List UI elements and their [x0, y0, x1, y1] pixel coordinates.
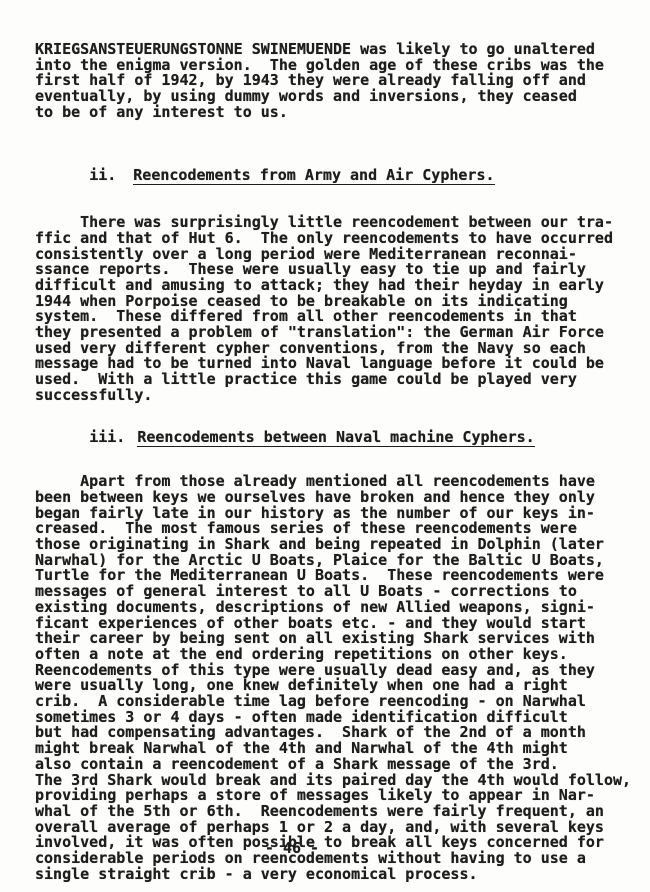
section-ii-heading: ii.Reencodements from Army and Air Cyphe…	[35, 153, 642, 202]
intro-paragraph: KRIEGSANSTEUERUNGSTONNE SWINEMUENDE was …	[35, 42, 642, 121]
page-number: - 46 -	[0, 841, 617, 857]
section-iii-number: iii.	[89, 430, 125, 446]
document-page: KRIEGSANSTEUERUNGSTONNE SWINEMUENDE was …	[0, 0, 650, 892]
section-iii-heading: iii.Reencodements between Naval machine …	[35, 415, 642, 464]
section-iii-title: Reencodements between Naval machine Cyph…	[137, 430, 534, 447]
section-ii-title: Reencodements from Army and Air Cyphers.	[133, 168, 494, 185]
section-ii-paragraph: There was surprisingly little reencodeme…	[35, 215, 642, 403]
section-ii-number: ii.	[89, 168, 116, 184]
section-iii-paragraph: Apart from those already mentioned all r…	[35, 474, 642, 882]
text-column: KRIEGSANSTEUERUNGSTONNE SWINEMUENDE was …	[35, 42, 642, 882]
